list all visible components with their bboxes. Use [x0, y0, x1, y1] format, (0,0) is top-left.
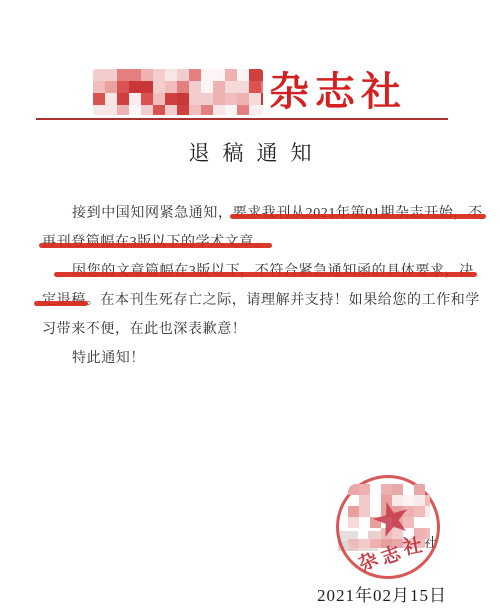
mosaic-cell [117, 93, 129, 105]
mosaic-cell [425, 495, 430, 506]
censored-publisher-name-mosaic [93, 69, 263, 115]
mosaic-cell [370, 506, 381, 517]
mosaic-cell [425, 517, 430, 528]
mosaic-cell [425, 539, 430, 548]
mosaic-cell [141, 81, 153, 93]
mosaic-cell [177, 105, 189, 115]
mosaic-cell [93, 81, 105, 93]
mosaic-cell [359, 484, 370, 495]
mosaic-cell [129, 93, 141, 105]
mosaic-cell [189, 69, 201, 81]
mosaic-cell [213, 81, 225, 93]
mosaic-cell [359, 528, 370, 539]
mosaic-cell [403, 517, 414, 528]
body-line: 因您的文章篇幅在3版以下，不符合紧急通知函的具体要求，决 [42, 257, 458, 286]
mosaic-cell [141, 105, 153, 115]
mosaic-cell [201, 105, 213, 115]
mosaic-cell [105, 105, 117, 115]
mosaic-cell [93, 69, 105, 81]
mosaic-cell [425, 484, 430, 495]
mosaic-cell [348, 517, 359, 528]
mosaic-cell [201, 93, 213, 105]
mosaic-cell [403, 495, 414, 506]
mosaic-cell [348, 539, 359, 548]
underlined-text: 再刊登篇幅在3版以下的学术文章。 [42, 235, 269, 250]
mosaic-cell [348, 495, 359, 506]
mosaic-cell [414, 484, 425, 495]
body-text-plain: 。在本刊生死存亡之际，请理解并支持！如果给您的工作和学 [86, 293, 480, 308]
body-line: 定退稿。在本刊生死存亡之际，请理解并支持！如果给您的工作和学 [42, 286, 458, 315]
mosaic-cell [348, 506, 359, 517]
mosaic-cell [225, 81, 237, 93]
mosaic-cell [261, 93, 263, 105]
mosaic-cell [425, 506, 430, 517]
mosaic-cell [261, 69, 263, 81]
mosaic-cell [213, 93, 225, 105]
mosaic-cell [414, 517, 425, 528]
official-seal: 杂 志 社 [336, 475, 440, 579]
letter-body: 接到中国知网紧急通知，要求我刊从2021年第01期杂志开始，不 再刊登篇幅在3版… [42, 199, 458, 373]
underlined-text: 要求我刊从2021年第01期杂志开始，不 [233, 206, 483, 221]
mosaic-cell [348, 484, 359, 495]
mosaic-cell [129, 105, 141, 115]
mosaic-cell [153, 105, 165, 115]
mosaic-cell [117, 81, 129, 93]
masthead: 杂志社 [0, 66, 500, 118]
mosaic-cell [225, 93, 237, 105]
mosaic-cell [117, 69, 129, 81]
mosaic-cell [201, 81, 213, 93]
mosaic-cell [105, 81, 117, 93]
mosaic-cell [129, 69, 141, 81]
mosaic-cell [225, 69, 237, 81]
mosaic-cell [348, 528, 359, 539]
body-text-plain: 接到中国知网紧急通知， [72, 206, 233, 221]
mosaic-cell [261, 105, 263, 115]
mosaic-cell [237, 93, 249, 105]
mosaic-cell [213, 105, 225, 115]
mosaic-cell [93, 93, 105, 105]
mosaic-cell [249, 69, 261, 81]
mosaic-cell [165, 105, 177, 115]
mosaic-cell [141, 69, 153, 81]
mosaic-cell [237, 105, 249, 115]
mosaic-cell [165, 69, 177, 81]
underlined-text: 定退稿 [42, 293, 86, 308]
mosaic-cell [237, 69, 249, 81]
mosaic-cell [129, 81, 141, 93]
mosaic-cell [105, 93, 117, 105]
mosaic-cell [261, 81, 263, 93]
mosaic-cell [153, 69, 165, 81]
mosaic-cell [201, 69, 213, 81]
mosaic-cell [414, 495, 425, 506]
mosaic-cell [165, 93, 177, 105]
mosaic-cell [93, 105, 105, 115]
mosaic-cell [359, 517, 370, 528]
mosaic-cell [370, 495, 381, 506]
mosaic-cell [370, 528, 381, 539]
mosaic-cell [165, 81, 177, 93]
body-line: 习带来不便，在此也深表歉意！ [42, 315, 458, 344]
header-rule [36, 118, 448, 120]
mosaic-cell [249, 81, 261, 93]
body-line: 特此通知！ [42, 344, 458, 373]
rejection-letter-document: { "masthead": { "publisher_suffix": "杂志社… [0, 0, 500, 611]
mosaic-cell [105, 69, 117, 81]
underlined-text: 因您的文章篇幅在3版以下，不符合紧急通知函的具体要求，决 [72, 264, 474, 279]
page-title: 退稿通知 [0, 137, 500, 167]
mosaic-cell [359, 506, 370, 517]
mosaic-cell [414, 506, 425, 517]
mosaic-cell [177, 93, 189, 105]
mosaic-cell [359, 495, 370, 506]
mosaic-cell [225, 105, 237, 115]
mosaic-cell [237, 81, 249, 93]
mosaic-cell [141, 93, 153, 105]
mosaic-cell [403, 484, 414, 495]
mosaic-cell [153, 93, 165, 105]
mosaic-cell [249, 105, 261, 115]
body-line: 再刊登篇幅在3版以下的学术文章。 [42, 228, 458, 257]
mosaic-cell [177, 81, 189, 93]
mosaic-cell [177, 69, 189, 81]
mosaic-cell [249, 93, 261, 105]
body-line: 接到中国知网紧急通知，要求我刊从2021年第01期杂志开始，不 [42, 199, 458, 228]
body-text-plain: 特此通知！ [72, 351, 145, 366]
mosaic-cell [425, 528, 430, 539]
mosaic-cell [153, 81, 165, 93]
body-text-plain: 习带来不便，在此也深表歉意！ [42, 322, 246, 337]
mosaic-cell [189, 93, 201, 105]
mosaic-cell [117, 105, 129, 115]
date: 2021年02月15日 [317, 581, 447, 606]
publisher-suffix: 杂志社 [269, 69, 407, 115]
mosaic-cell [392, 495, 403, 506]
mosaic-cell [189, 105, 201, 115]
mosaic-cell [189, 81, 201, 93]
mosaic-cell [381, 484, 392, 495]
mosaic-cell [392, 484, 403, 495]
mosaic-cell [370, 484, 381, 495]
mosaic-cell [213, 69, 225, 81]
